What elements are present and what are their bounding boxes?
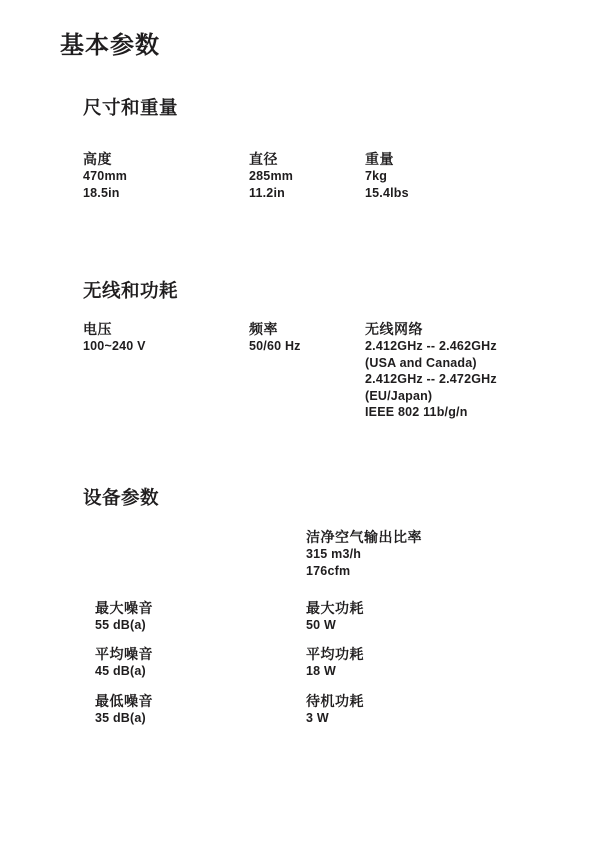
spec-value: 18.5in	[83, 185, 127, 202]
spec-value: 7kg	[365, 168, 409, 185]
spec-item-diameter: 直径 285mm 11.2in	[249, 151, 293, 201]
spec-label: 最大功耗	[306, 600, 364, 617]
spec-label: 直径	[249, 151, 293, 168]
spec-value: 15.4lbs	[365, 185, 409, 202]
spec-value: 285mm	[249, 168, 293, 185]
spec-document-page: 基本参数 尺寸和重量 高度 470mm 18.5in 直径 285mm 11.2…	[0, 0, 595, 842]
spec-item-min-noise: 最低噪音 35 dB(a)	[95, 693, 153, 727]
spec-label: 洁净空气输出比率	[306, 529, 422, 546]
spec-item-frequency: 频率 50/60 Hz	[249, 321, 301, 355]
spec-item-max-power: 最大功耗 50 W	[306, 600, 364, 634]
section-heading-wireless-power: 无线和功耗	[83, 280, 178, 302]
spec-item-wireless-network: 无线网络 2.412GHz -- 2.462GHz (USA and Canad…	[365, 321, 497, 421]
spec-label: 重量	[365, 151, 409, 168]
spec-item-standby-power: 待机功耗 3 W	[306, 693, 364, 727]
spec-value: 315 m3/h	[306, 546, 422, 563]
spec-item-weight: 重量 7kg 15.4lbs	[365, 151, 409, 201]
spec-item-cadr: 洁净空气输出比率 315 m3/h 176cfm	[306, 529, 422, 579]
spec-value: 18 W	[306, 663, 364, 680]
spec-item-max-noise: 最大噪音 55 dB(a)	[95, 600, 153, 634]
spec-value: 35 dB(a)	[95, 710, 153, 727]
spec-item-voltage: 电压 100~240 V	[83, 321, 146, 355]
spec-label: 高度	[83, 151, 127, 168]
spec-value: IEEE 802 11b/g/n	[365, 404, 497, 421]
spec-value: 470mm	[83, 168, 127, 185]
spec-value: 50 W	[306, 617, 364, 634]
spec-item-avg-power: 平均功耗 18 W	[306, 646, 364, 680]
spec-value: 50/60 Hz	[249, 338, 301, 355]
spec-value: 3 W	[306, 710, 364, 727]
section-heading-device-parameters: 设备参数	[83, 487, 159, 509]
spec-label: 最大噪音	[95, 600, 153, 617]
page-title: 基本参数	[60, 31, 160, 60]
section-heading-dimensions-weight: 尺寸和重量	[83, 97, 178, 119]
spec-label: 待机功耗	[306, 693, 364, 710]
spec-item-height: 高度 470mm 18.5in	[83, 151, 127, 201]
spec-value: 100~240 V	[83, 338, 146, 355]
spec-value: 55 dB(a)	[95, 617, 153, 634]
spec-item-avg-noise: 平均噪音 45 dB(a)	[95, 646, 153, 680]
spec-value: 2.412GHz -- 2.472GHz	[365, 371, 497, 388]
spec-label: 最低噪音	[95, 693, 153, 710]
spec-value: (USA and Canada)	[365, 355, 497, 372]
spec-label: 无线网络	[365, 321, 497, 338]
spec-label: 平均噪音	[95, 646, 153, 663]
spec-value: 45 dB(a)	[95, 663, 153, 680]
spec-value: 2.412GHz -- 2.462GHz	[365, 338, 497, 355]
spec-value: (EU/Japan)	[365, 388, 497, 405]
spec-label: 频率	[249, 321, 301, 338]
spec-label: 平均功耗	[306, 646, 364, 663]
spec-label: 电压	[83, 321, 146, 338]
spec-value: 11.2in	[249, 185, 293, 202]
spec-value: 176cfm	[306, 563, 422, 580]
